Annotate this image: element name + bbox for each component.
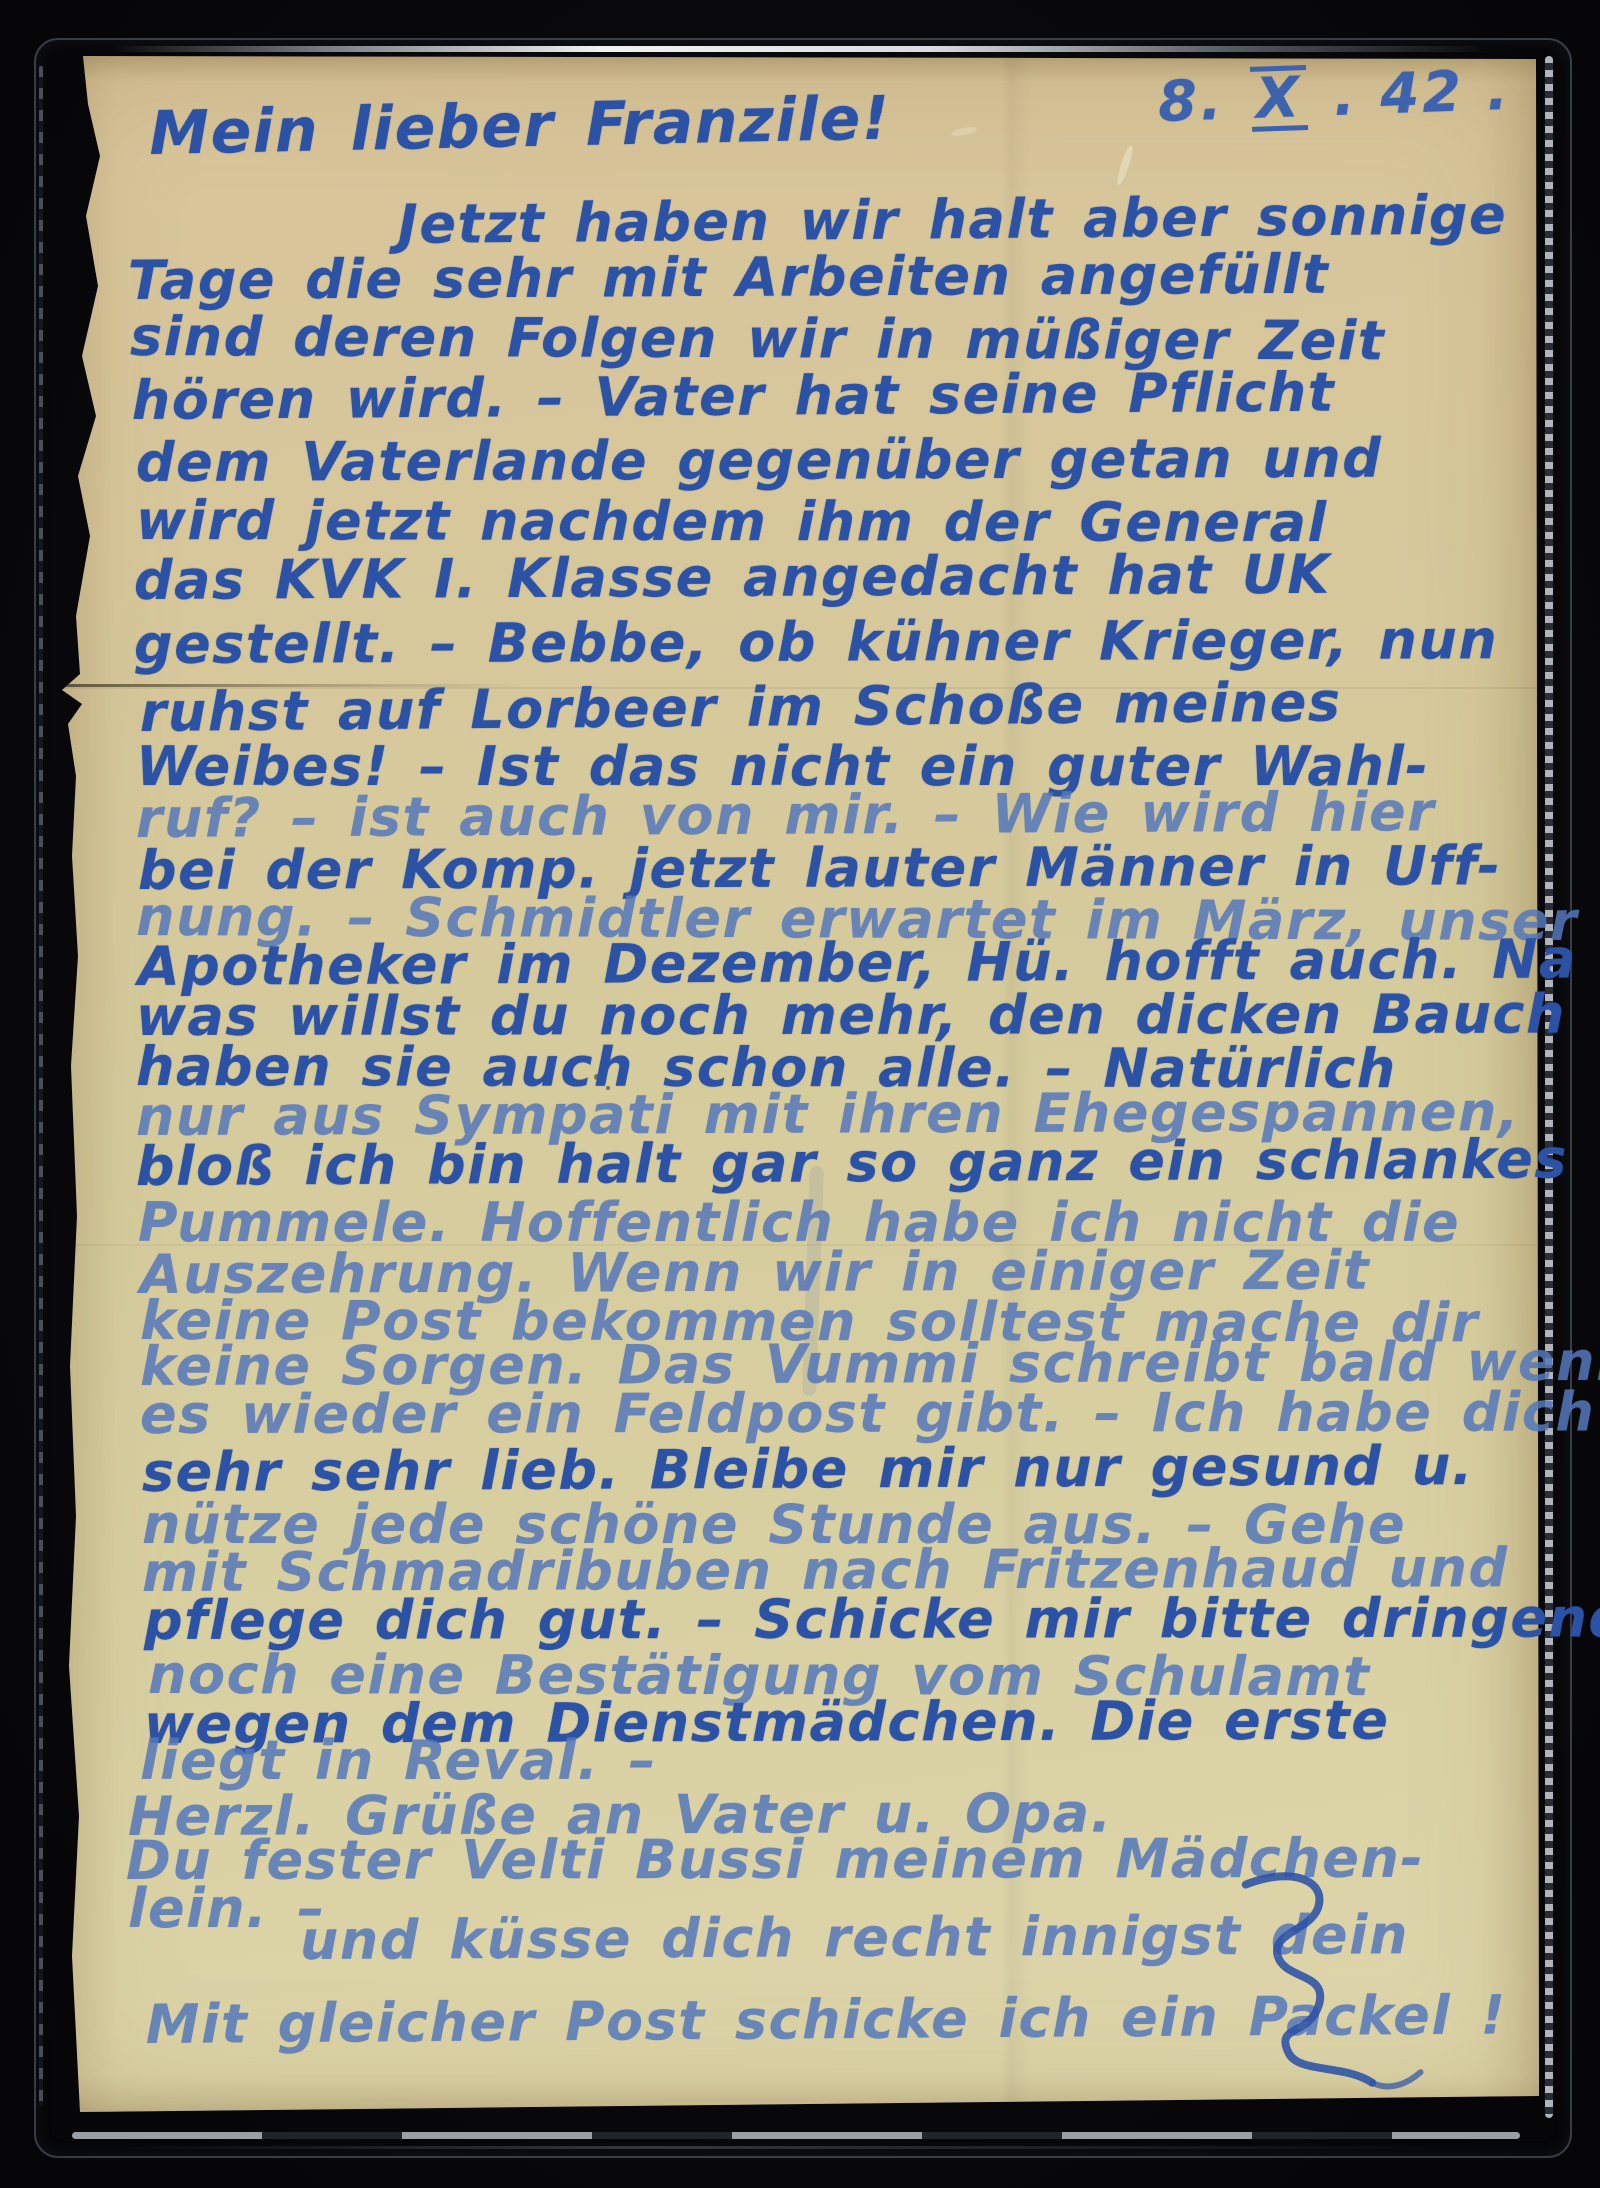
- letter-line: sind deren Folgen wir in müßiger Zeit: [130, 310, 1385, 368]
- letter-date: 8. X . 42 .: [1157, 58, 1512, 135]
- paper-scuff: [951, 125, 978, 137]
- sleeve-highlight-left: [39, 66, 43, 2106]
- paper-scuff: [1115, 144, 1136, 186]
- letter-line: hören wird. – Vater hat seine Pflicht: [132, 366, 1336, 428]
- sleeve-highlight-bottom: [72, 2132, 1520, 2139]
- date-month-roman-numeral: X: [1250, 65, 1308, 132]
- letter-line: liegt in Reval. –: [140, 1734, 657, 1788]
- letter-line: es wieder ein Feldpost gibt. – Ich habe …: [140, 1385, 1595, 1442]
- letter-line: Tage die sehr mit Arbeiten angefüllt: [128, 248, 1330, 308]
- sleeve-highlight-top: [110, 46, 1480, 52]
- signature-flourish: [1197, 1854, 1478, 2105]
- letter-line: ruhst auf Lorbeer im Schoße meines: [140, 676, 1342, 740]
- letter-line: das KVK I. Klasse angedacht hat UK: [134, 548, 1331, 608]
- date-day: 8.: [1157, 68, 1225, 135]
- letter-line: bloß ich bin halt gar so ganz ein schlan…: [136, 1133, 1568, 1194]
- photographed-letter: 8. X . 42 . Mein lieber Franzile!Jetzt h…: [0, 0, 1600, 2188]
- letter-line: wird jetzt nachdem ihm der General: [136, 494, 1328, 550]
- letter-line: dem Vaterlande gegenüber getan und: [136, 432, 1383, 490]
- letter-line: sehr sehr lieb. Bleibe mir nur gesund u.: [142, 1439, 1474, 1500]
- salutation-line: Mein lieber Franzile!: [149, 88, 891, 164]
- letter-line: pflege dich gut. – Schicke mir bitte dri…: [144, 1591, 1600, 1648]
- sleeve-highlight-right: [1545, 56, 1553, 2118]
- letter-line: Jetzt haben wir halt aber sonnige: [398, 188, 1508, 252]
- letter-line: gestellt. – Bebbe, ob kühner Krieger, nu…: [134, 613, 1499, 672]
- closing-line: lein. –: [128, 1882, 326, 1936]
- date-year: . 42 .: [1332, 58, 1512, 129]
- sleeve-highlight-bottom-2: [110, 2146, 1450, 2149]
